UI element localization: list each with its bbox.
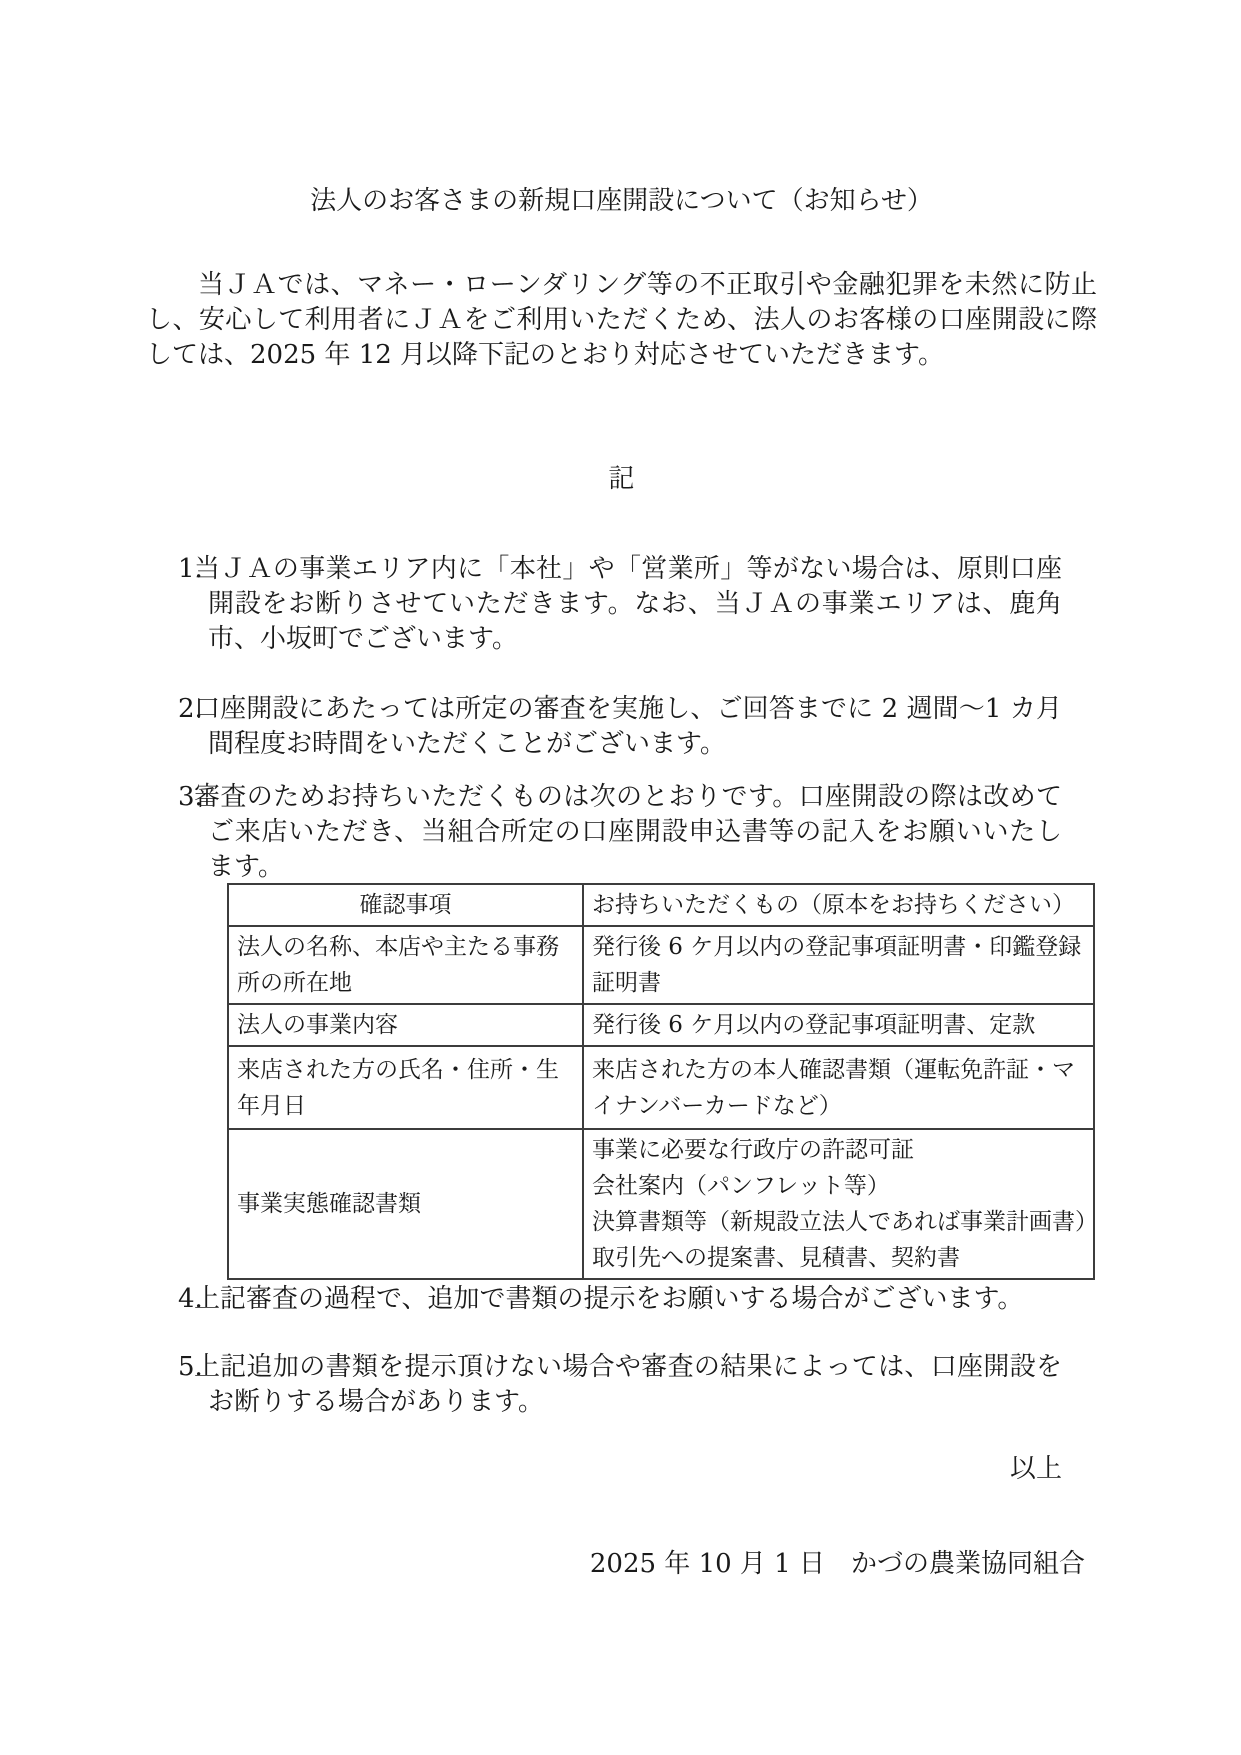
closing-phrase: 以上	[146, 1448, 1062, 1485]
item-text: 口座開設にあたっては所定の審査を実施し、ご回答までに 2 週間～1 カ月間程度お…	[208, 692, 1062, 762]
item-text: 上記追加の書類を提示頂けない場合や審査の結果によっては、口座開設をお断りする場合…	[208, 1350, 1062, 1420]
document-line: 事業に必要な行政庁の許認可証	[592, 1132, 1085, 1168]
table-row: 法人の事業内容 発行後 6 ケ月以内の登記事項証明書、定款	[228, 1004, 1094, 1046]
item-text: 当ＪＡの事業エリア内に「本社」や「営業所」等がない場合は、原則口座開設をお断りさ…	[208, 552, 1062, 657]
list-item-3: 3. 審査のためお持ちいただくものは次のとおりです。口座開設の際は改めてご来店い…	[178, 780, 1062, 885]
document-page: 法人のお客さまの新規口座開設について（お知らせ） 当ＪＡでは、マネー・ローンダリ…	[0, 0, 1241, 1755]
item-text: 上記審査の過程で、追加で書類の提示をお願いする場合がございます。	[208, 1282, 1062, 1317]
cell-documents: 発行後 6 ケ月以内の登記事項証明書・印鑑登録証明書	[583, 926, 1094, 1004]
list-item-2: 2. 口座開設にあたっては所定の審査を実施し、ご回答までに 2 週間～1 カ月間…	[178, 692, 1062, 762]
cell-documents: 事業に必要な行政庁の許認可証 会社案内（パンフレット等） 決算書類等（新規設立法…	[583, 1129, 1094, 1279]
requirements-table: 確認事項 お持ちいただくもの（原本をお持ちください） 法人の名称、本店や主たる事…	[227, 883, 1095, 1280]
table-row: 法人の名称、本店や主たる事務所の所在地 発行後 6 ケ月以内の登記事項証明書・印…	[228, 926, 1094, 1004]
intro-paragraph: 当ＪＡでは、マネー・ローンダリング等の不正取引や金融犯罪を未然に防止し、安心して…	[146, 268, 1097, 373]
cell-confirmation-item: 事業実態確認書類	[228, 1129, 583, 1279]
header-documents: お持ちいただくもの（原本をお持ちください）	[583, 884, 1094, 926]
table-header-row: 確認事項 お持ちいただくもの（原本をお持ちください）	[228, 884, 1094, 926]
date-line: 2025 年 10 月 1 日 かづの農業協同組合	[146, 1543, 1085, 1580]
document-line: 取引先への提案書、見積書、契約書	[592, 1240, 1085, 1276]
list-item-1: 1. 当ＪＡの事業エリア内に「本社」や「営業所」等がない場合は、原則口座開設をお…	[178, 552, 1062, 657]
cell-documents: 来店された方の本人確認書類（運転免許証・マイナンバーカードなど）	[583, 1046, 1094, 1129]
item-text: 審査のためお持ちいただくものは次のとおりです。口座開設の際は改めてご来店いただき…	[208, 780, 1062, 885]
document-line: 会社案内（パンフレット等）	[592, 1168, 1085, 1204]
document-line: 決算書類等（新規設立法人であれば事業計画書）	[592, 1204, 1085, 1240]
table-row: 事業実態確認書類 事業に必要な行政庁の許認可証 会社案内（パンフレット等） 決算…	[228, 1129, 1094, 1279]
cell-confirmation-item: 来店された方の氏名・住所・生年月日	[228, 1046, 583, 1129]
list-item-5: 5. 上記追加の書類を提示頂けない場合や審査の結果によっては、口座開設をお断りす…	[178, 1350, 1062, 1420]
page-title: 法人のお客さまの新規口座開設について（お知らせ）	[146, 180, 1097, 217]
cell-confirmation-item: 法人の名称、本店や主たる事務所の所在地	[228, 926, 583, 1004]
record-marker: 記	[146, 458, 1097, 495]
table-row: 来店された方の氏名・住所・生年月日 来店された方の本人確認書類（運転免許証・マイ…	[228, 1046, 1094, 1129]
list-item-4: 4. 上記審査の過程で、追加で書類の提示をお願いする場合がございます。	[178, 1282, 1062, 1317]
cell-confirmation-item: 法人の事業内容	[228, 1004, 583, 1046]
header-confirmation-item: 確認事項	[228, 884, 583, 926]
cell-documents: 発行後 6 ケ月以内の登記事項証明書、定款	[583, 1004, 1094, 1046]
